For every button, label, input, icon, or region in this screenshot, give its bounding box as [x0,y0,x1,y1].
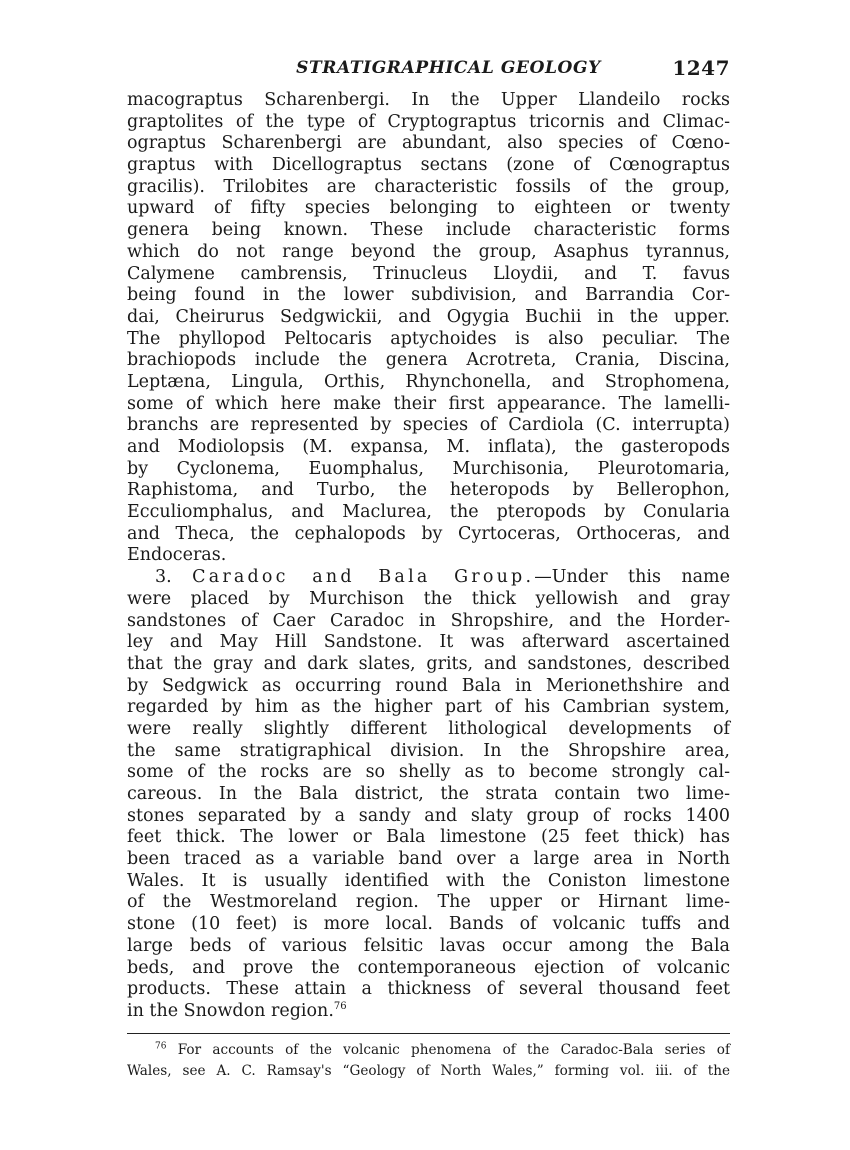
text-line: ley and May Hill Sandstone. It was after… [127,632,730,654]
text-line: some of the rocks are so shelly as to be… [127,762,730,784]
text-line: which do not range beyond the group, Asa… [127,242,730,264]
text-line: the same stratigraphical division. In th… [127,741,730,763]
text-line: that the gray and dark slates, grits, an… [127,654,730,676]
text-line: Ecculiomphalus, and Maclurea, the pterop… [127,502,730,524]
text-line: Calymene cambrensis, Trinucleus Lloydii,… [127,264,730,286]
text-line: stones separated by a sandy and slaty gr… [127,806,730,828]
text-line: Raphistoma, and Turbo, the heteropods by… [127,480,730,502]
text-line: feet thick. The lower or Bala limestone … [127,827,730,849]
text-line: upward of fifty species belonging to eig… [127,198,730,220]
text-line: careous. In the Bala district, the strat… [127,784,730,806]
text-line: Leptæna, Lingula, Orthis, Rhynchonella, … [127,372,730,394]
text-line: being found in the lower subdivision, an… [127,285,730,307]
text-line: Wales. It is usually identified with the… [127,871,730,893]
text-line: in the Snowdon region.76 [127,1001,730,1023]
text-line: some of which here make their first appe… [127,394,730,416]
text-line: were placed by Murchison the thick yello… [127,589,730,611]
section-heading-line: 3. Caradoc and Bala Group.—Under this na… [127,567,730,589]
section-heading: Caradoc and Bala Group. [192,567,534,587]
section-first-line: —Under this name [534,567,730,587]
text-line: The phyllopod Peltocaris aptychoides is … [127,329,730,351]
text-line: large beds of various felsitic lavas occ… [127,936,730,958]
text-line: were really slightly different lithologi… [127,719,730,741]
text-line: macograptus Scharenbergi. In the Upper L… [127,90,730,112]
text-line: graptolites of the type of Cryptograptus… [127,112,730,134]
text-line: graptus with Dicellograptus sectans (zon… [127,155,730,177]
book-page: STRATIGRAPHICAL GEOLOGY 1247 macograptus… [127,58,730,1082]
text-line: by Cyclonema, Euomphalus, Murchisonia, P… [127,459,730,481]
footnote-divider [127,1033,730,1034]
footnote-marker: 76 [155,1041,166,1051]
footnote: 76 For accounts of the volcanic phenomen… [127,1040,730,1082]
text-line: stone (10 feet) is more local. Bands of … [127,914,730,936]
text-line: been traced as a variable band over a la… [127,849,730,871]
section-number: 3. [155,567,172,587]
text-line: regarded by him as the higher part of hi… [127,697,730,719]
text-line: sandstones of Caer Caradoc in Shropshire… [127,611,730,633]
section-last-line: in the Snowdon region. [127,1001,334,1021]
footnote-line: Wales, see A. C. Ramsay's “Geology of No… [127,1061,730,1082]
text-line: and Theca, the cephalopods by Cyrtoceras… [127,524,730,546]
page-number: 1247 [672,56,730,80]
text-line: and Modiolopsis (M. expansa, M. inflata)… [127,437,730,459]
text-line: genera being known. These include charac… [127,220,730,242]
footnote-text: For accounts of the volcanic phenomena o… [166,1042,730,1058]
footnote-line: 76 For accounts of the volcanic phenomen… [127,1040,730,1061]
text-line: Endoceras. [127,545,730,567]
text-line: brachiopods include the genera Acrotreta… [127,350,730,372]
text-line: gracilis). Trilobites are characteristic… [127,177,730,199]
text-line: ograptus Scharenbergi are abundant, also… [127,133,730,155]
text-line: branchs are represented by species of Ca… [127,415,730,437]
text-line: dai, Cheirurus Sedgwickii, and Ogygia Bu… [127,307,730,329]
running-header: STRATIGRAPHICAL GEOLOGY 1247 [127,58,730,86]
body-text: macograptus Scharenbergi. In the Upper L… [127,90,730,1023]
text-line: of the Westmoreland region. The upper or… [127,892,730,914]
footnote-reference[interactable]: 76 [334,1001,347,1012]
text-line: beds, and prove the contemporaneous ejec… [127,958,730,980]
running-title: STRATIGRAPHICAL GEOLOGY [127,58,730,78]
text-line: products. These attain a thickness of se… [127,979,730,1001]
text-line: by Sedgwick as occurring round Bala in M… [127,676,730,698]
